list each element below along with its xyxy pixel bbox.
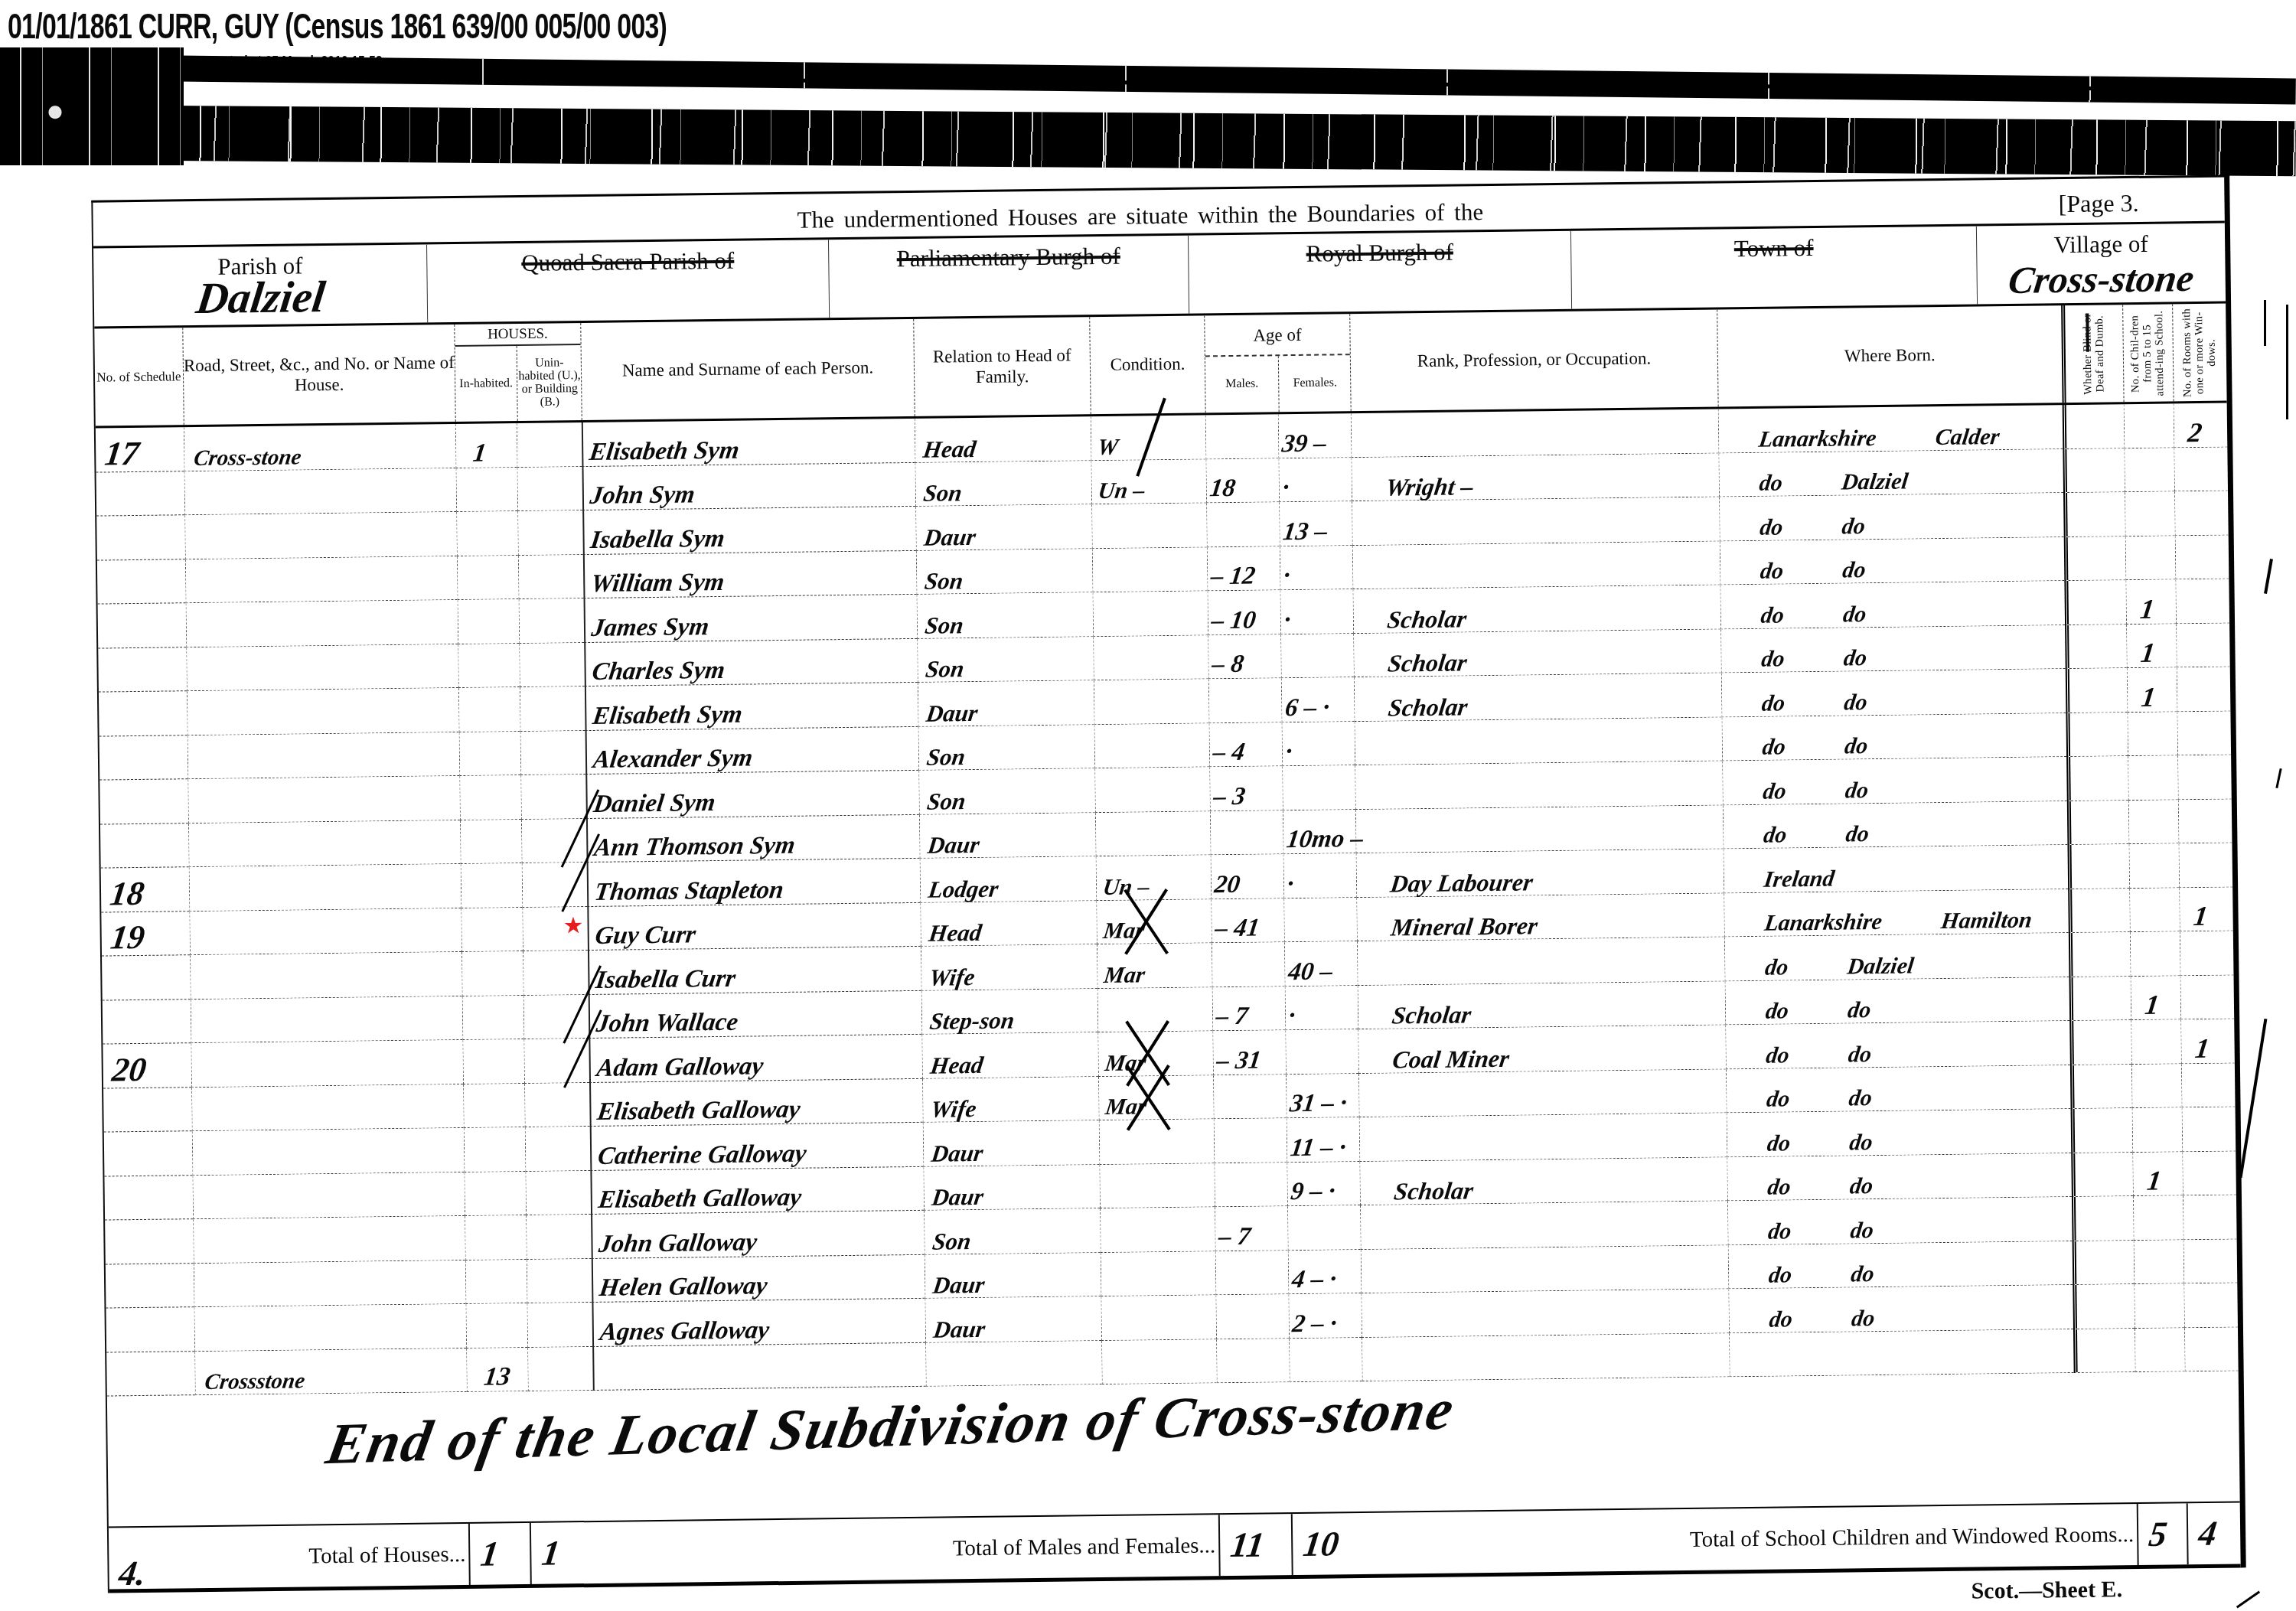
cell-relation: Daur: [918, 680, 1094, 726]
total-windowed-rooms: 4: [2187, 1502, 2241, 1564]
cell-born: do Dalziel: [1724, 933, 2069, 981]
page-title: 01/01/1861 CURR, GUY (Census 1861 639/00…: [8, 5, 667, 47]
cell-deaf: [2073, 1241, 2135, 1285]
cell-born: do do: [1727, 1153, 2072, 1202]
red-star-marker: ★: [563, 912, 583, 939]
cell-road: [191, 1040, 463, 1088]
cell-condition: [1099, 1119, 1215, 1164]
cell-deaf: [2065, 625, 2127, 669]
cell-age_f: [1283, 898, 1357, 943]
cell-inh: [465, 1215, 527, 1260]
cell-uninh: [522, 863, 588, 908]
page-edge-mark: [2264, 559, 2273, 594]
cell-relation: Son: [915, 461, 1091, 507]
cell-school: [2131, 1019, 2181, 1064]
cell-school: [2130, 931, 2180, 976]
cell-relation: Daur: [923, 1165, 1100, 1211]
cell-age_m: – 4: [1209, 722, 1283, 768]
sheet-label: Scot.—Sheet E.: [1971, 1577, 2122, 1604]
cell-inh: 13: [466, 1347, 528, 1391]
cell-condition: [1101, 1339, 1217, 1384]
cell-schedule: [105, 1219, 194, 1264]
cell-born: [1729, 1329, 2074, 1378]
cell-born: do do: [1721, 713, 2066, 761]
cell-name: John Wallace: [589, 990, 922, 1039]
cell-schedule: 18: [101, 867, 190, 912]
page-edge-mark: [2264, 300, 2266, 346]
area-header-parish-of: Parish ofDalziel: [93, 244, 427, 326]
cell-age_f: [1287, 1205, 1361, 1251]
cell-deaf: [2069, 932, 2131, 977]
cell-name: Isabella Curr: [588, 947, 921, 995]
cell-name: Helen Galloway: [592, 1254, 925, 1303]
cell-uninh: [525, 1127, 591, 1172]
cell-schedule: [103, 1088, 192, 1133]
film-strip-main: [174, 106, 2295, 176]
cell-uninh: [527, 1346, 593, 1391]
cell-relation: Wife: [922, 1077, 1099, 1123]
cell-occupation: [1355, 761, 1723, 809]
cell-schedule: 20: [103, 1043, 191, 1088]
page-edge-mark: [2236, 1590, 2260, 1608]
total-school-children: 5: [2137, 1503, 2187, 1565]
page-edge-mark: [2286, 305, 2288, 419]
cell-condition: Un –: [1096, 855, 1212, 900]
cell-uninh: [524, 1083, 590, 1128]
cell-age_m: – 12: [1207, 546, 1280, 592]
cell-rooms: [2182, 1151, 2236, 1195]
cell-age_m: [1205, 414, 1279, 459]
cell-uninh: [517, 422, 582, 468]
cell-road: [192, 1172, 465, 1219]
cell-deaf: [2073, 1284, 2135, 1329]
colhead-males: Males.: [1205, 356, 1279, 413]
cell-relation: Daur: [925, 1253, 1101, 1299]
cell-age_f: 31 – ·: [1286, 1074, 1359, 1119]
colhead-females: Females.: [1278, 355, 1352, 412]
cell-born: do do: [1720, 537, 2065, 585]
cell-deaf: [2066, 756, 2128, 801]
cell-condition: [1101, 1251, 1216, 1296]
cell-occupation: Scholar: [1358, 981, 1726, 1029]
cell-relation: Son: [916, 592, 1093, 638]
cell-age_m: – 31: [1212, 1030, 1286, 1075]
colhead-inhabited: In-habited.: [455, 346, 517, 422]
cell-relation: Daur: [923, 1120, 1100, 1166]
cell-schedule: [106, 1352, 195, 1397]
cell-road: [189, 864, 461, 911]
colhead-school-children: No. of Chil-dren from 5 to 15 attend-ing…: [2122, 304, 2174, 402]
cell-uninh: [520, 731, 586, 776]
cell-occupation: [1355, 805, 1724, 853]
area-header-town-of: Town of: [1570, 226, 1977, 308]
cell-schedule: [100, 823, 189, 869]
cell-age_f: 11 – ·: [1287, 1117, 1360, 1163]
cell-age_f: 39 –: [1278, 413, 1352, 458]
cell-condition: [1100, 1207, 1215, 1252]
cell-schedule: [102, 955, 191, 1000]
cell-occupation: [1357, 937, 1725, 985]
cell-inh: [456, 511, 518, 556]
cell-occupation: Wright –: [1351, 453, 1719, 501]
cell-occupation: Coal Miner: [1358, 1025, 1726, 1073]
cell-name: Agnes Galloway: [592, 1299, 925, 1347]
cell-name: Adam Galloway: [589, 1035, 922, 1083]
cell-born: do do: [1726, 1065, 2071, 1114]
total-mf-label: Total of Males and Females...: [595, 1515, 1219, 1583]
colhead-windowed-rooms: No. of Rooms with one or more Win-dows.: [2172, 304, 2227, 402]
total-females: 10: [1291, 1513, 1365, 1575]
cell-name: Charles Sym: [584, 638, 918, 686]
cell-schedule: [99, 779, 188, 824]
cell-name: William Sym: [583, 550, 917, 598]
area-header-parliamentary-burgh-of: Parliamentary Burgh of: [828, 236, 1189, 318]
cell-schedule: [98, 647, 187, 693]
cell-inh: 1: [455, 423, 517, 468]
cell-condition: Mar: [1098, 1075, 1214, 1120]
cell-occupation: [1361, 1245, 1729, 1293]
cell-name: Elisabeth Galloway: [590, 1166, 924, 1215]
cell-school: [2134, 1240, 2184, 1284]
cell-born: do do: [1728, 1241, 2073, 1290]
cell-uninh: [520, 775, 586, 820]
situate-line: The undermentioned Houses are situate wi…: [797, 198, 1483, 234]
cell-relation: Head: [920, 901, 1097, 947]
cell-age_m: [1210, 810, 1283, 856]
cell-uninh: [525, 1170, 591, 1215]
cell-uninh: [523, 951, 589, 996]
cell-condition: Mar: [1096, 899, 1212, 944]
cell-uninh: [520, 686, 585, 732]
cell-born: do do: [1725, 1021, 2070, 1069]
cell-age_f: 9 – ·: [1287, 1162, 1360, 1207]
cell-age_m: 18: [1205, 458, 1279, 504]
cell-condition: [1094, 723, 1210, 768]
cell-age_m: – 10: [1207, 590, 1280, 635]
cell-deaf: [2064, 536, 2126, 581]
cell-rooms: [2181, 1063, 2236, 1107]
cell-inh: [459, 732, 521, 776]
cell-condition: Un –: [1091, 459, 1206, 504]
cell-occupation: [1351, 409, 1719, 457]
cell-road: [193, 1216, 465, 1264]
cell-road: [188, 732, 460, 779]
cell-occupation: [1354, 717, 1722, 765]
total-school-rooms-label: Total of School Children and Windowed Ro…: [1364, 1504, 2138, 1574]
cell-name: Elisabeth Galloway: [589, 1078, 923, 1127]
cell-relation: Head: [921, 1032, 1098, 1078]
cell-name: Daniel Sym: [585, 771, 919, 819]
cell-age_f: 13 –: [1279, 501, 1352, 546]
cell-uninh: [527, 1303, 592, 1348]
cell-rooms: [2183, 1239, 2238, 1283]
colhead-uninhabited: Unin-habited (U.), or Building (B.): [517, 345, 582, 421]
cell-relation: Step-son: [921, 989, 1098, 1035]
cell-inh: [459, 775, 521, 820]
census-form: The undermentioned Houses are situate wi…: [91, 174, 2245, 1593]
cell-age_m: [1206, 502, 1280, 547]
cell-rooms: [2176, 623, 2230, 667]
colhead-relation: Relation to Head of Family.: [913, 317, 1090, 416]
cell-rooms: [2174, 447, 2228, 491]
cell-road: [191, 996, 463, 1043]
cell-deaf: [2071, 1153, 2133, 1197]
cell-road: [188, 776, 460, 823]
cell-occupation: [1352, 497, 1720, 545]
film-strip-top: [0, 54, 2296, 104]
cell-born: do do: [1723, 801, 2068, 850]
cell-age_f: ·: [1278, 458, 1352, 503]
cell-relation: Son: [916, 549, 1093, 595]
cell-deaf: [2063, 448, 2125, 493]
cell-occupation: [1358, 1069, 1727, 1117]
cell-name: Elisabeth Sym: [585, 683, 918, 731]
subdivision-note: End of the Local Subdivision of Cross-st…: [322, 1380, 1459, 1473]
cell-inh: [455, 468, 517, 512]
cell-deaf: [2063, 492, 2125, 536]
cell-relation: Daur: [925, 1296, 1101, 1342]
cell-born: do do: [1720, 581, 2065, 629]
cell-school: [2129, 888, 2180, 932]
colhead-schedule: No. of Schedule: [94, 328, 183, 426]
cell-road: [194, 1260, 466, 1307]
cell-rooms: [2183, 1195, 2237, 1239]
cell-occupation: [1352, 541, 1720, 589]
cell-condition: [1097, 987, 1213, 1032]
cell-inh: [463, 1084, 525, 1128]
cell-occupation: Scholar: [1359, 1157, 1727, 1205]
colhead-name: Name and Surname of each Person.: [580, 319, 914, 420]
cell-schedule: 17: [96, 427, 184, 472]
cell-condition: [1091, 503, 1207, 548]
cell-deaf: [2071, 1108, 2133, 1153]
area-header-village-of: Village ofCross-stone: [1976, 223, 2226, 305]
cell-deaf: [2072, 1196, 2134, 1241]
cell-age_f: ·: [1280, 546, 1353, 591]
cell-name: Ann Thomson Sym: [586, 814, 920, 863]
cell-deaf: [2069, 977, 2131, 1021]
cell-uninh: [523, 1039, 589, 1084]
cell-schedule: [97, 559, 186, 605]
cell-school: [2128, 800, 2179, 844]
cell-rooms: [2180, 975, 2235, 1019]
cell-schedule: [104, 1131, 193, 1176]
cell-name: Thomas Stapleton: [587, 859, 921, 907]
cell-relation: [925, 1341, 1102, 1387]
cell-road: [190, 952, 462, 1000]
cell-inh: [458, 644, 520, 688]
colhead-condition: Condition.: [1089, 315, 1205, 414]
cell-relation: Son: [918, 725, 1095, 771]
cell-road: [187, 688, 459, 735]
cell-relation: Son: [924, 1208, 1101, 1254]
cell-deaf: [2064, 580, 2126, 625]
cell-uninh: [526, 1215, 592, 1260]
cell-inh: [458, 687, 520, 732]
cell-occupation: Scholar: [1352, 585, 1720, 633]
cell-born: Lanarkshire Hamilton: [1724, 889, 2069, 938]
cell-age_m: [1215, 1251, 1289, 1296]
cell-condition: [1095, 811, 1211, 856]
cell-born: Lanarkshire Calder: [1718, 405, 2063, 453]
cell-age_f: ·: [1285, 986, 1358, 1031]
cell-occupation: [1361, 1289, 1729, 1337]
cell-school: [2127, 712, 2177, 756]
page-edge-mark: [2275, 768, 2281, 788]
cell-rooms: [2177, 755, 2232, 800]
cell-relation: Head: [915, 416, 1091, 462]
colhead-born: Where Born.: [1717, 305, 2062, 406]
cell-inh: [461, 908, 523, 952]
cell-rooms: 2: [2174, 403, 2228, 448]
total-houses-uninhabited: 1: [530, 1522, 595, 1584]
cell-age_f: 10mo –: [1283, 810, 1356, 855]
cell-age_m: [1213, 1075, 1287, 1120]
cell-school: [2125, 536, 2176, 580]
cell-age_m: [1215, 1294, 1289, 1339]
cell-condition: [1101, 1295, 1216, 1340]
subdivision-band: End of the Local Subdivision of Cross-st…: [107, 1371, 2240, 1526]
colhead-age-group: Age of Males. Females.: [1204, 314, 1350, 413]
cell-uninh: [518, 555, 584, 600]
cell-uninh: [519, 643, 585, 688]
cell-age_m: [1214, 1163, 1287, 1208]
cell-school: [2133, 1195, 2183, 1240]
cell-age_f: [1285, 1029, 1358, 1075]
cell-relation: Daur: [915, 504, 1092, 550]
cell-name: Catherine Galloway: [590, 1123, 924, 1171]
cell-school: 1: [2126, 624, 2177, 668]
census-scan-page: 01/01/1861 CURR, GUY (Census 1861 639/00…: [0, 0, 2296, 1611]
cell-schedule: [103, 1000, 191, 1045]
cell-rooms: [2177, 667, 2231, 712]
cell-road: [186, 644, 458, 692]
cell-schedule: [99, 691, 188, 736]
cell-rooms: [2178, 843, 2232, 888]
cell-road: Crossstone: [194, 1348, 467, 1395]
cell-deaf: [2069, 1020, 2131, 1065]
cell-rooms: [2174, 491, 2229, 536]
cell-age_f: ·: [1283, 853, 1357, 898]
cell-school: [2132, 1107, 2183, 1152]
cell-schedule: [99, 735, 188, 781]
rows-container: 17Cross-stone1Elisabeth SymHeadW39 –Lana…: [96, 403, 2239, 1397]
cell-school: [2134, 1283, 2184, 1328]
cell-occupation: Mineral Borer: [1356, 893, 1724, 941]
cell-rooms: [2177, 711, 2231, 755]
area-value: Dalziel: [194, 275, 328, 321]
cell-uninh: [527, 1258, 592, 1303]
cell-born: do do: [1727, 1109, 2072, 1157]
cell-deaf: [2070, 1065, 2132, 1109]
cell-occupation: [1359, 1113, 1727, 1161]
cell-name: John Sym: [582, 462, 915, 510]
cell-relation: Son: [918, 768, 1095, 814]
cell-school: 1: [2131, 976, 2181, 1020]
cell-occupation: [1360, 1201, 1728, 1249]
cell-road: [189, 908, 461, 955]
cell-condition: Mar: [1097, 943, 1212, 988]
cell-deaf: [2067, 801, 2129, 845]
cell-name: Alexander Sym: [585, 726, 919, 775]
cell-name: ★Guy Curr: [587, 902, 921, 951]
cell-born: do do: [1720, 625, 2066, 673]
cell-born: do do: [1727, 1197, 2073, 1245]
cell-inh: [461, 863, 523, 908]
cell-relation: Lodger: [920, 856, 1097, 902]
cell-school: [2125, 491, 2175, 536]
cell-name: Elisabeth Sym: [582, 419, 915, 467]
cell-deaf: [2063, 404, 2125, 448]
cell-age_f: [1289, 1338, 1362, 1383]
cell-age_f: 4 – ·: [1288, 1250, 1362, 1295]
total-males: 11: [1218, 1514, 1292, 1576]
cell-age_f: ·: [1282, 722, 1355, 767]
cell-relation: Daur: [919, 813, 1096, 859]
cell-road: [192, 1128, 465, 1176]
cell-deaf: [2067, 844, 2129, 889]
cell-name: John Galloway: [591, 1211, 925, 1259]
cell-inh: [458, 599, 520, 644]
cell-school: [2131, 1064, 2182, 1108]
area-header-royal-burgh-of: Royal Burgh of: [1188, 231, 1571, 314]
cell-road: [186, 600, 458, 647]
cell-inh: [460, 820, 522, 864]
colhead-deaf-dumb: Whether Blind or Deaf and Dumb.: [2061, 305, 2124, 403]
cell-occupation: [1362, 1333, 1730, 1381]
film-strip-left-block: [0, 47, 184, 165]
cell-rooms: [2183, 1283, 2238, 1327]
cell-age_m: – 8: [1208, 634, 1281, 680]
cell-uninh: [519, 598, 585, 644]
cell-age_m: [1216, 1339, 1290, 1384]
cell-rooms: [2184, 1327, 2239, 1371]
cell-rooms: 1: [2180, 1019, 2235, 1063]
cell-road: [194, 1304, 466, 1352]
cell-condition: Mar: [1097, 1031, 1213, 1076]
page-edge-mark: [2239, 1019, 2268, 1178]
cell-inh: [464, 1127, 526, 1172]
cell-inh: [462, 996, 524, 1040]
cell-uninh: [521, 819, 587, 864]
cell-name: James Sym: [584, 595, 918, 643]
cell-rooms: 1: [2179, 887, 2233, 931]
cell-born: do do: [1722, 757, 2067, 805]
cell-inh: [464, 1172, 526, 1216]
cell-age_m: – 41: [1211, 898, 1284, 944]
area-header-quoad-sacra-parish-of: Quoad Sacra Parish of: [426, 240, 829, 322]
cell-deaf: [2066, 713, 2128, 757]
cell-rooms: [2182, 1107, 2236, 1151]
cell-rooms: [2175, 579, 2229, 624]
cell-name: Isabella Sym: [582, 507, 916, 555]
cell-age_m: 20: [1211, 854, 1284, 899]
cell-rooms: [2175, 535, 2229, 579]
cell-road: [184, 468, 457, 516]
cell-condition: [1099, 1163, 1215, 1208]
cell-born: do do: [1725, 977, 2070, 1026]
cell-rooms: [2178, 799, 2232, 843]
cell-schedule: [106, 1264, 194, 1309]
totals-schedule-mark: 4.: [109, 1527, 197, 1589]
cell-school: 1: [2125, 579, 2176, 624]
cell-relation: Son: [917, 637, 1094, 683]
cell-age_m: – 7: [1215, 1206, 1288, 1251]
cell-age_f: [1280, 634, 1354, 679]
cell-uninh: [523, 995, 589, 1040]
cell-relation: Wife: [921, 944, 1097, 990]
cell-school: [2124, 403, 2174, 448]
